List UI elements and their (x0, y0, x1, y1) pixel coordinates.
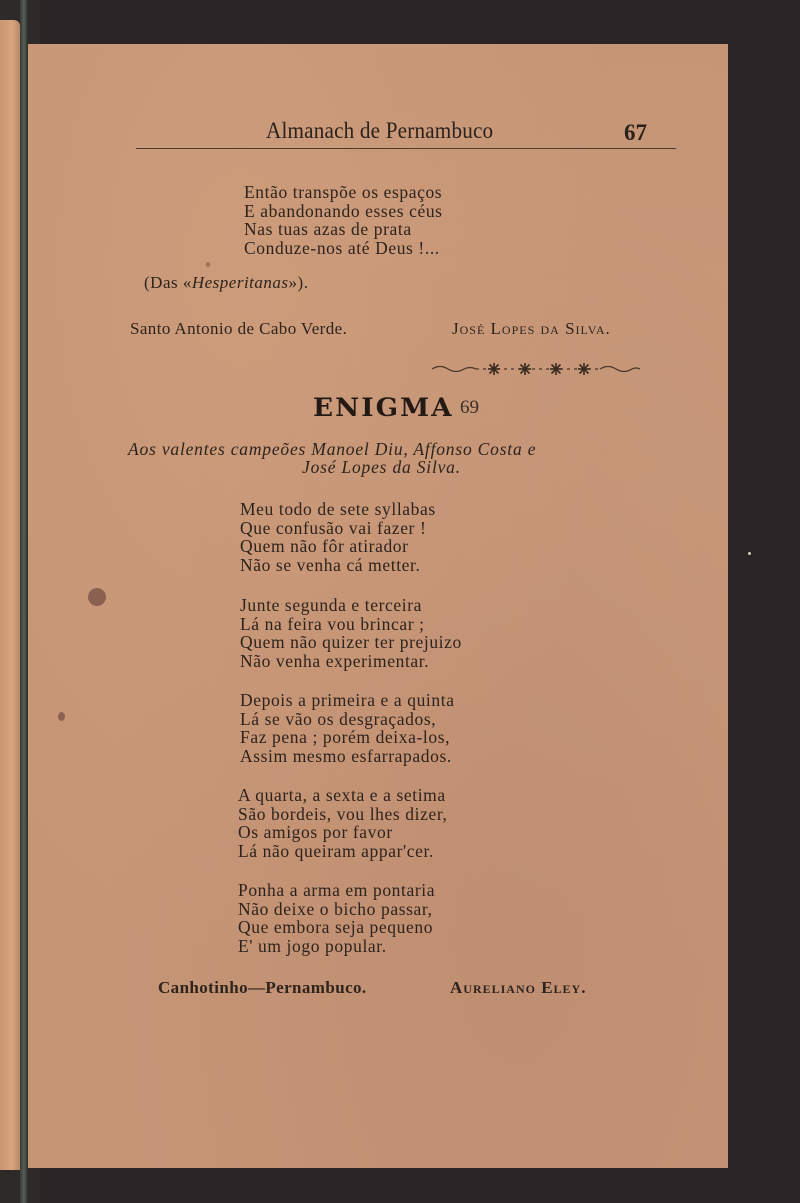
verse-line: Lá na feira vou brincar ; (240, 615, 462, 634)
book-page: Almanach de Pernambuco 67 Então transpõe… (28, 44, 728, 1168)
enigma-number: 69 (460, 397, 479, 419)
verse-line: Não deixe o bicho passar, (238, 900, 435, 919)
poem-end-stanza: Então transpõe os espaços E abandonando … (244, 183, 443, 257)
verse-line: Que confusão vai fazer ! (240, 519, 436, 538)
enigma-place: Canhotinho—Pernambuco. (158, 978, 367, 998)
verse-line: Depois a primeira e a quinta (240, 691, 455, 710)
enigma-stanza-2: Junte segunda e terceira Lá na feira vou… (240, 596, 462, 670)
decorative-divider-icon (430, 359, 645, 379)
header-rule (136, 148, 676, 149)
verse-line: Assim mesmo esfarrapados. (240, 747, 455, 766)
verse-line: Quem não fôr atirador (240, 537, 436, 556)
enigma-stanza-4: A quarta, a sexta e a setima São bordeis… (238, 786, 448, 860)
verse-line: Não venha experimentar. (240, 652, 462, 671)
verse-line: A quarta, a sexta e a setima (238, 786, 448, 805)
paper-stain (58, 712, 65, 721)
verse-line: Ponha a arma em pontaria (238, 881, 435, 900)
poem-author: José Lopes da Silva. (452, 319, 611, 339)
verse-line: Faz pena ; porém deixa-los, (240, 728, 455, 747)
enigma-stanza-1: Meu todo de sete syllabas Que confusão v… (240, 500, 436, 574)
verse-line: Não se venha cá metter. (240, 556, 436, 575)
enigma-author: Aureliano Eley. (450, 978, 586, 998)
verse-line: São bordeis, vou lhes dizer, (238, 805, 448, 824)
verse-line: Conduze-nos até Deus !... (244, 239, 443, 258)
paper-stain (88, 588, 106, 606)
verse-line: Meu todo de sete syllabas (240, 500, 436, 519)
poem-source: (Das «Hesperitanas»). (144, 273, 308, 293)
source-suffix: »). (289, 273, 309, 292)
poem-place: Santo Antonio de Cabo Verde. (130, 319, 347, 339)
enigma-stanza-3: Depois a primeira e a quinta Lá se vão o… (240, 691, 455, 765)
page-number: 67 (624, 120, 647, 146)
verse-line: Lá se vão os desgraçados, (240, 710, 455, 729)
verse-line: Lá não queiram appar'cer. (238, 842, 448, 861)
verse-line: Junte segunda e terceira (240, 596, 462, 615)
verse-line: Então transpõe os espaços (244, 183, 443, 202)
enigma-dedication-line-2: José Lopes da Silva. (302, 457, 461, 478)
paper-speck (748, 552, 751, 555)
source-title: Hesperitanas (192, 273, 289, 292)
enigma-title: ENIGMA (313, 393, 454, 422)
source-prefix: (Das « (144, 273, 192, 292)
verse-line: Nas tuas azas de prata (244, 220, 443, 239)
verse-line: Que embora seja pequeno (238, 918, 435, 937)
verse-line: E' um jogo popular. (238, 937, 435, 956)
verse-line: Quem não quizer ter prejuizo (240, 633, 462, 652)
book-binding (20, 0, 28, 1203)
previous-page-edge (0, 20, 20, 1170)
verse-line: Os amigos por favor (238, 823, 448, 842)
enigma-stanza-5: Ponha a arma em pontaria Não deixe o bic… (238, 881, 435, 955)
verse-line: E abandonando esses céus (244, 202, 443, 221)
running-head-title: Almanach de Pernambuco (266, 118, 493, 144)
paper-stain (206, 262, 210, 267)
